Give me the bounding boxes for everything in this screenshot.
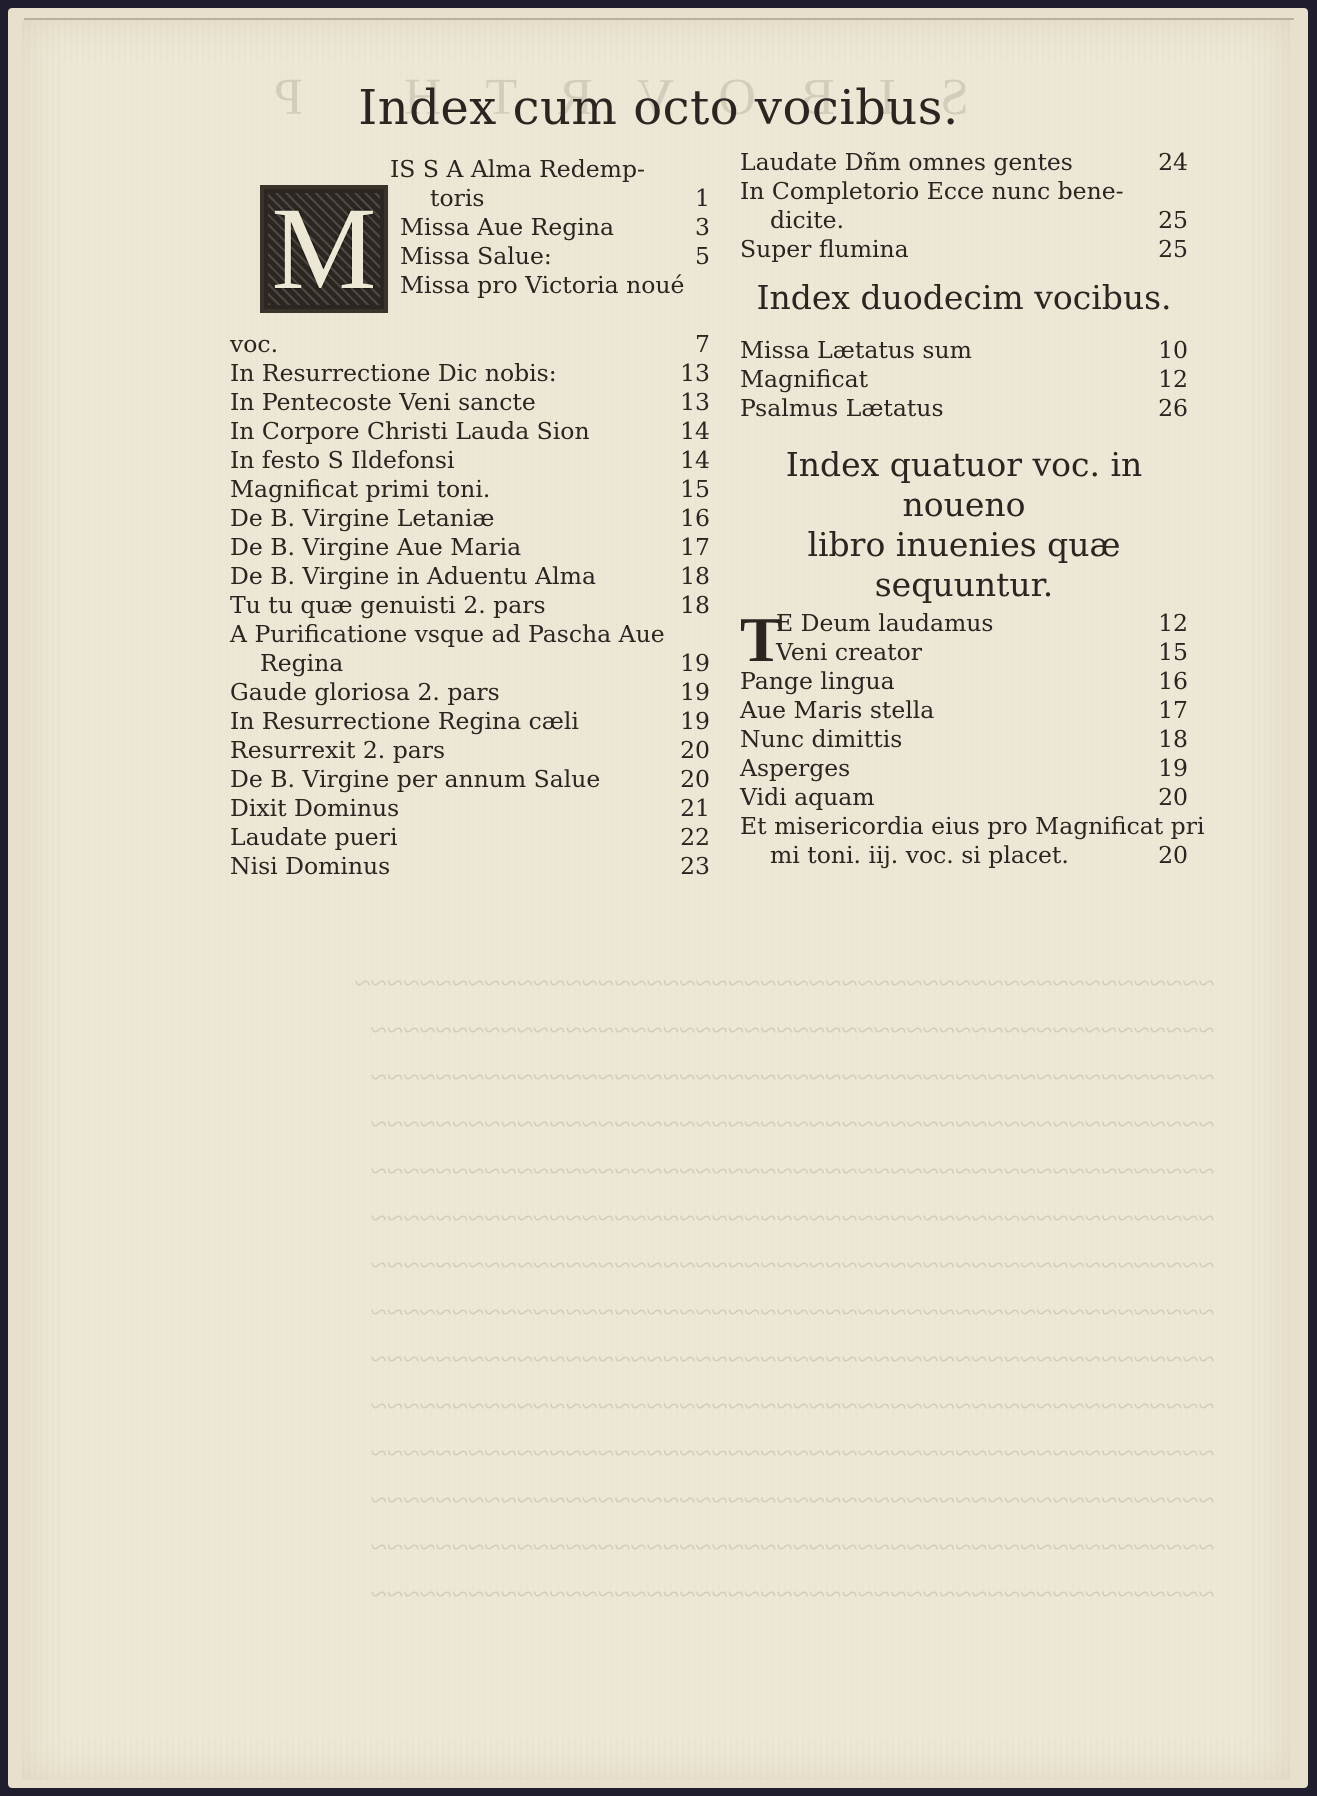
index-entry: Missa pro Victoria noué <box>400 271 710 300</box>
index-entry: E Deum laudamus12 <box>776 609 1188 638</box>
section-heading-duodecim: Index duodecim vocibus. <box>740 278 1188 318</box>
drop-cap-t-block: T E Deum laudamus12 Veni creator15 <box>740 609 1188 667</box>
index-entry: Dixit Dominus21 <box>230 794 710 823</box>
right-column: Laudate Dñm omnes gentes24 In Completori… <box>740 148 1188 870</box>
index-entry: In Corpore Christi Lauda Sion14 <box>230 417 710 446</box>
initial-t-icon: T <box>740 613 783 667</box>
index-entry: Laudate pueri22 <box>230 823 710 852</box>
index-entry: Pange lingua16 <box>740 667 1188 696</box>
index-entry: toris1 <box>400 184 710 213</box>
index-entry: dicite.25 <box>740 206 1188 235</box>
index-entry: Nunc dimittis18 <box>740 725 1188 754</box>
section-heading-quatuor: Index quatuor voc. in noueno libro inuen… <box>740 445 1188 605</box>
index-entry: Missa Salue:5 <box>400 242 710 271</box>
index-entry: Missa Lætatus sum10 <box>740 336 1188 365</box>
index-entry: In Resurrectione Regina cæli19 <box>230 707 710 736</box>
index-entry: Vidi aquam20 <box>740 783 1188 812</box>
index-entry: Nisi Dominus23 <box>230 852 710 881</box>
index-entry: Magnificat primi toni.15 <box>230 475 710 504</box>
page-title: Index cum octo vocibus. <box>0 80 1317 136</box>
ornate-initial-m-icon: M <box>260 185 388 313</box>
index-entry: IS S A Alma Redemp- <box>390 155 710 184</box>
index-entry: Missa Aue Regina3 <box>400 213 710 242</box>
octo-index-left-column: M IS S A Alma Redemp- toris1 Missa Aue R… <box>230 155 710 881</box>
index-entry: De B. Virgine in Aduentu Alma18 <box>230 562 710 591</box>
index-entry: Asperges19 <box>740 754 1188 783</box>
index-entry: A Purificatione vsque ad Pascha Aue <box>230 620 710 649</box>
index-entry: Tu tu quæ genuisti 2. pars18 <box>230 591 710 620</box>
page-top-edge <box>24 18 1294 26</box>
index-entry: Regina19 <box>230 649 710 678</box>
index-entry: Super flumina25 <box>740 235 1188 264</box>
index-entry: Laudate Dñm omnes gentes24 <box>740 148 1188 177</box>
index-entry: Resurrexit 2. pars20 <box>230 736 710 765</box>
index-entry: Aue Maris stella17 <box>740 696 1188 725</box>
index-entry: voc.7 <box>230 330 710 359</box>
index-entry: De B. Virgine Aue Maria17 <box>230 533 710 562</box>
index-entry: Gaude gloriosa 2. pars19 <box>230 678 710 707</box>
index-entry: In Completorio Ecce nunc bene- <box>740 177 1188 206</box>
index-entry: De B. Virgine per annum Salue20 <box>230 765 710 794</box>
index-entry: Veni creator15 <box>776 638 1188 667</box>
index-entry: In festo S Ildefonsi14 <box>230 446 710 475</box>
index-entry: Et misericordia eius pro Magnificat pri <box>740 812 1188 841</box>
index-entry: De B. Virgine Letaniæ16 <box>230 504 710 533</box>
index-entry: mi toni. iij. voc. si placet.20 <box>740 841 1188 870</box>
index-entry: Magnificat12 <box>740 365 1188 394</box>
index-entry: In Resurrectione Dic nobis:13 <box>230 359 710 388</box>
index-entry: Psalmus Lætatus26 <box>740 394 1188 423</box>
index-entry: In Pentecoste Veni sancte13 <box>230 388 710 417</box>
drop-cap-block: M IS S A Alma Redemp- toris1 Missa Aue R… <box>230 155 710 330</box>
